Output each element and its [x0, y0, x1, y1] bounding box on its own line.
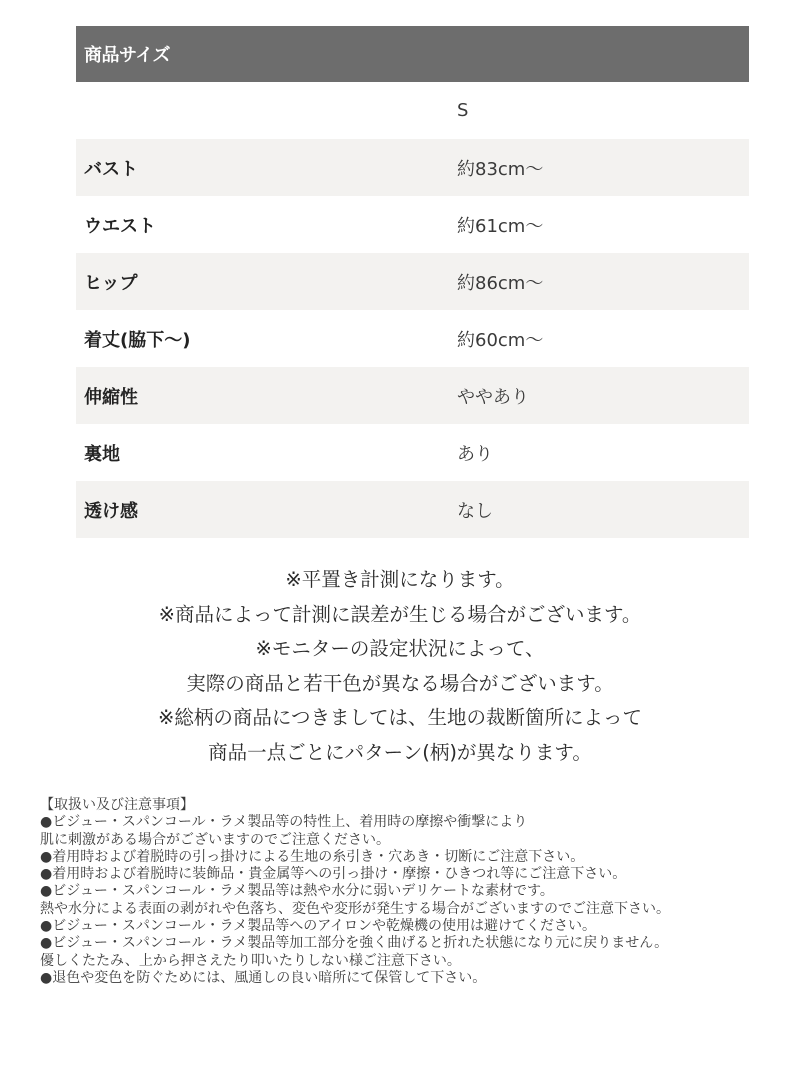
table-row-stretch: 伸縮性 ややあり: [76, 367, 749, 424]
row-label: バスト: [76, 139, 449, 196]
care-line: 熱や水分による表面の剥がれや色落ち、変色や変形が発生する場合がございますのでご注…: [40, 901, 800, 918]
table-row-hip: ヒップ 約86cm～: [76, 253, 749, 310]
size-table: 商品サイズ S バスト 約83cm～ ウエスト 約61cm～ ヒップ 約86cm…: [76, 26, 749, 538]
size-column-value: S: [449, 82, 749, 139]
row-value: なし: [449, 481, 749, 538]
care-line: ●ビジュー・スパンコール・ラメ製品等の特性上、着用時の摩擦や衝撃により: [40, 814, 800, 831]
row-value: 約61cm～: [449, 196, 749, 253]
care-line: ●退色や変色を防ぐためには、風通しの良い暗所にて保管して下さい。: [40, 970, 800, 987]
note-line: ※平置き計測になります。: [0, 563, 800, 598]
row-label: 着丈(脇下～): [76, 310, 449, 367]
row-value: 約86cm～: [449, 253, 749, 310]
care-instructions: 【取扱い及び注意事項】 ●ビジュー・スパンコール・ラメ製品等の特性上、着用時の摩…: [40, 797, 800, 987]
table-row-lining: 裏地 あり: [76, 424, 749, 481]
size-column-row: S: [76, 82, 749, 139]
care-line: ●ビジュー・スパンコール・ラメ製品等は熱や水分に弱いデリケートな素材です。: [40, 883, 800, 900]
row-label: 裏地: [76, 424, 449, 481]
care-line: ●着用時および着脱時に装飾品・貴金属等への引っ掛け・摩擦・ひきつれ等にご注意下さ…: [40, 866, 800, 883]
table-row-waist: ウエスト 約61cm～: [76, 196, 749, 253]
note-line: ※商品によって計測に誤差が生じる場合がございます。: [0, 598, 800, 633]
row-label: ウエスト: [76, 196, 449, 253]
size-column-label: [76, 82, 449, 139]
care-line: ●着用時および着脱時の引っ掛けによる生地の糸引き・穴あき・切断にご注意下さい。: [40, 849, 800, 866]
care-line: ●ビジュー・スパンコール・ラメ製品等加工部分を強く曲げると折れた状態になり元に戻…: [40, 935, 800, 952]
row-label: ヒップ: [76, 253, 449, 310]
measurement-notes: ※平置き計測になります。 ※商品によって計測に誤差が生じる場合がございます。 ※…: [0, 563, 800, 770]
note-line: 商品一点ごとにパターン(柄)が異なります。: [0, 736, 800, 771]
care-line: 優しくたたみ、上から押さえたり叩いたりしない様ご注意下さい。: [40, 953, 800, 970]
table-row-bust: バスト 約83cm～: [76, 139, 749, 196]
size-table-title: 商品サイズ: [76, 26, 749, 82]
table-row-sheerness: 透け感 なし: [76, 481, 749, 538]
size-table-header: 商品サイズ: [76, 26, 749, 82]
row-label: 伸縮性: [76, 367, 449, 424]
row-value: 約60cm～: [449, 310, 749, 367]
note-line: ※総柄の商品につきましては、生地の裁断箇所によって: [0, 701, 800, 736]
row-value: あり: [449, 424, 749, 481]
table-row-length: 着丈(脇下～) 約60cm～: [76, 310, 749, 367]
row-value: 約83cm～: [449, 139, 749, 196]
note-line: 実際の商品と若干色が異なる場合がございます。: [0, 667, 800, 702]
care-title: 【取扱い及び注意事項】: [40, 797, 800, 814]
row-label: 透け感: [76, 481, 449, 538]
care-line: 肌に刺激がある場合がございますのでご注意ください。: [40, 832, 800, 849]
note-line: ※モニターの設定状況によって、: [0, 632, 800, 667]
row-value: ややあり: [449, 367, 749, 424]
care-line: ●ビジュー・スパンコール・ラメ製品等へのアイロンや乾燥機の使用は避けてください。: [40, 918, 800, 935]
